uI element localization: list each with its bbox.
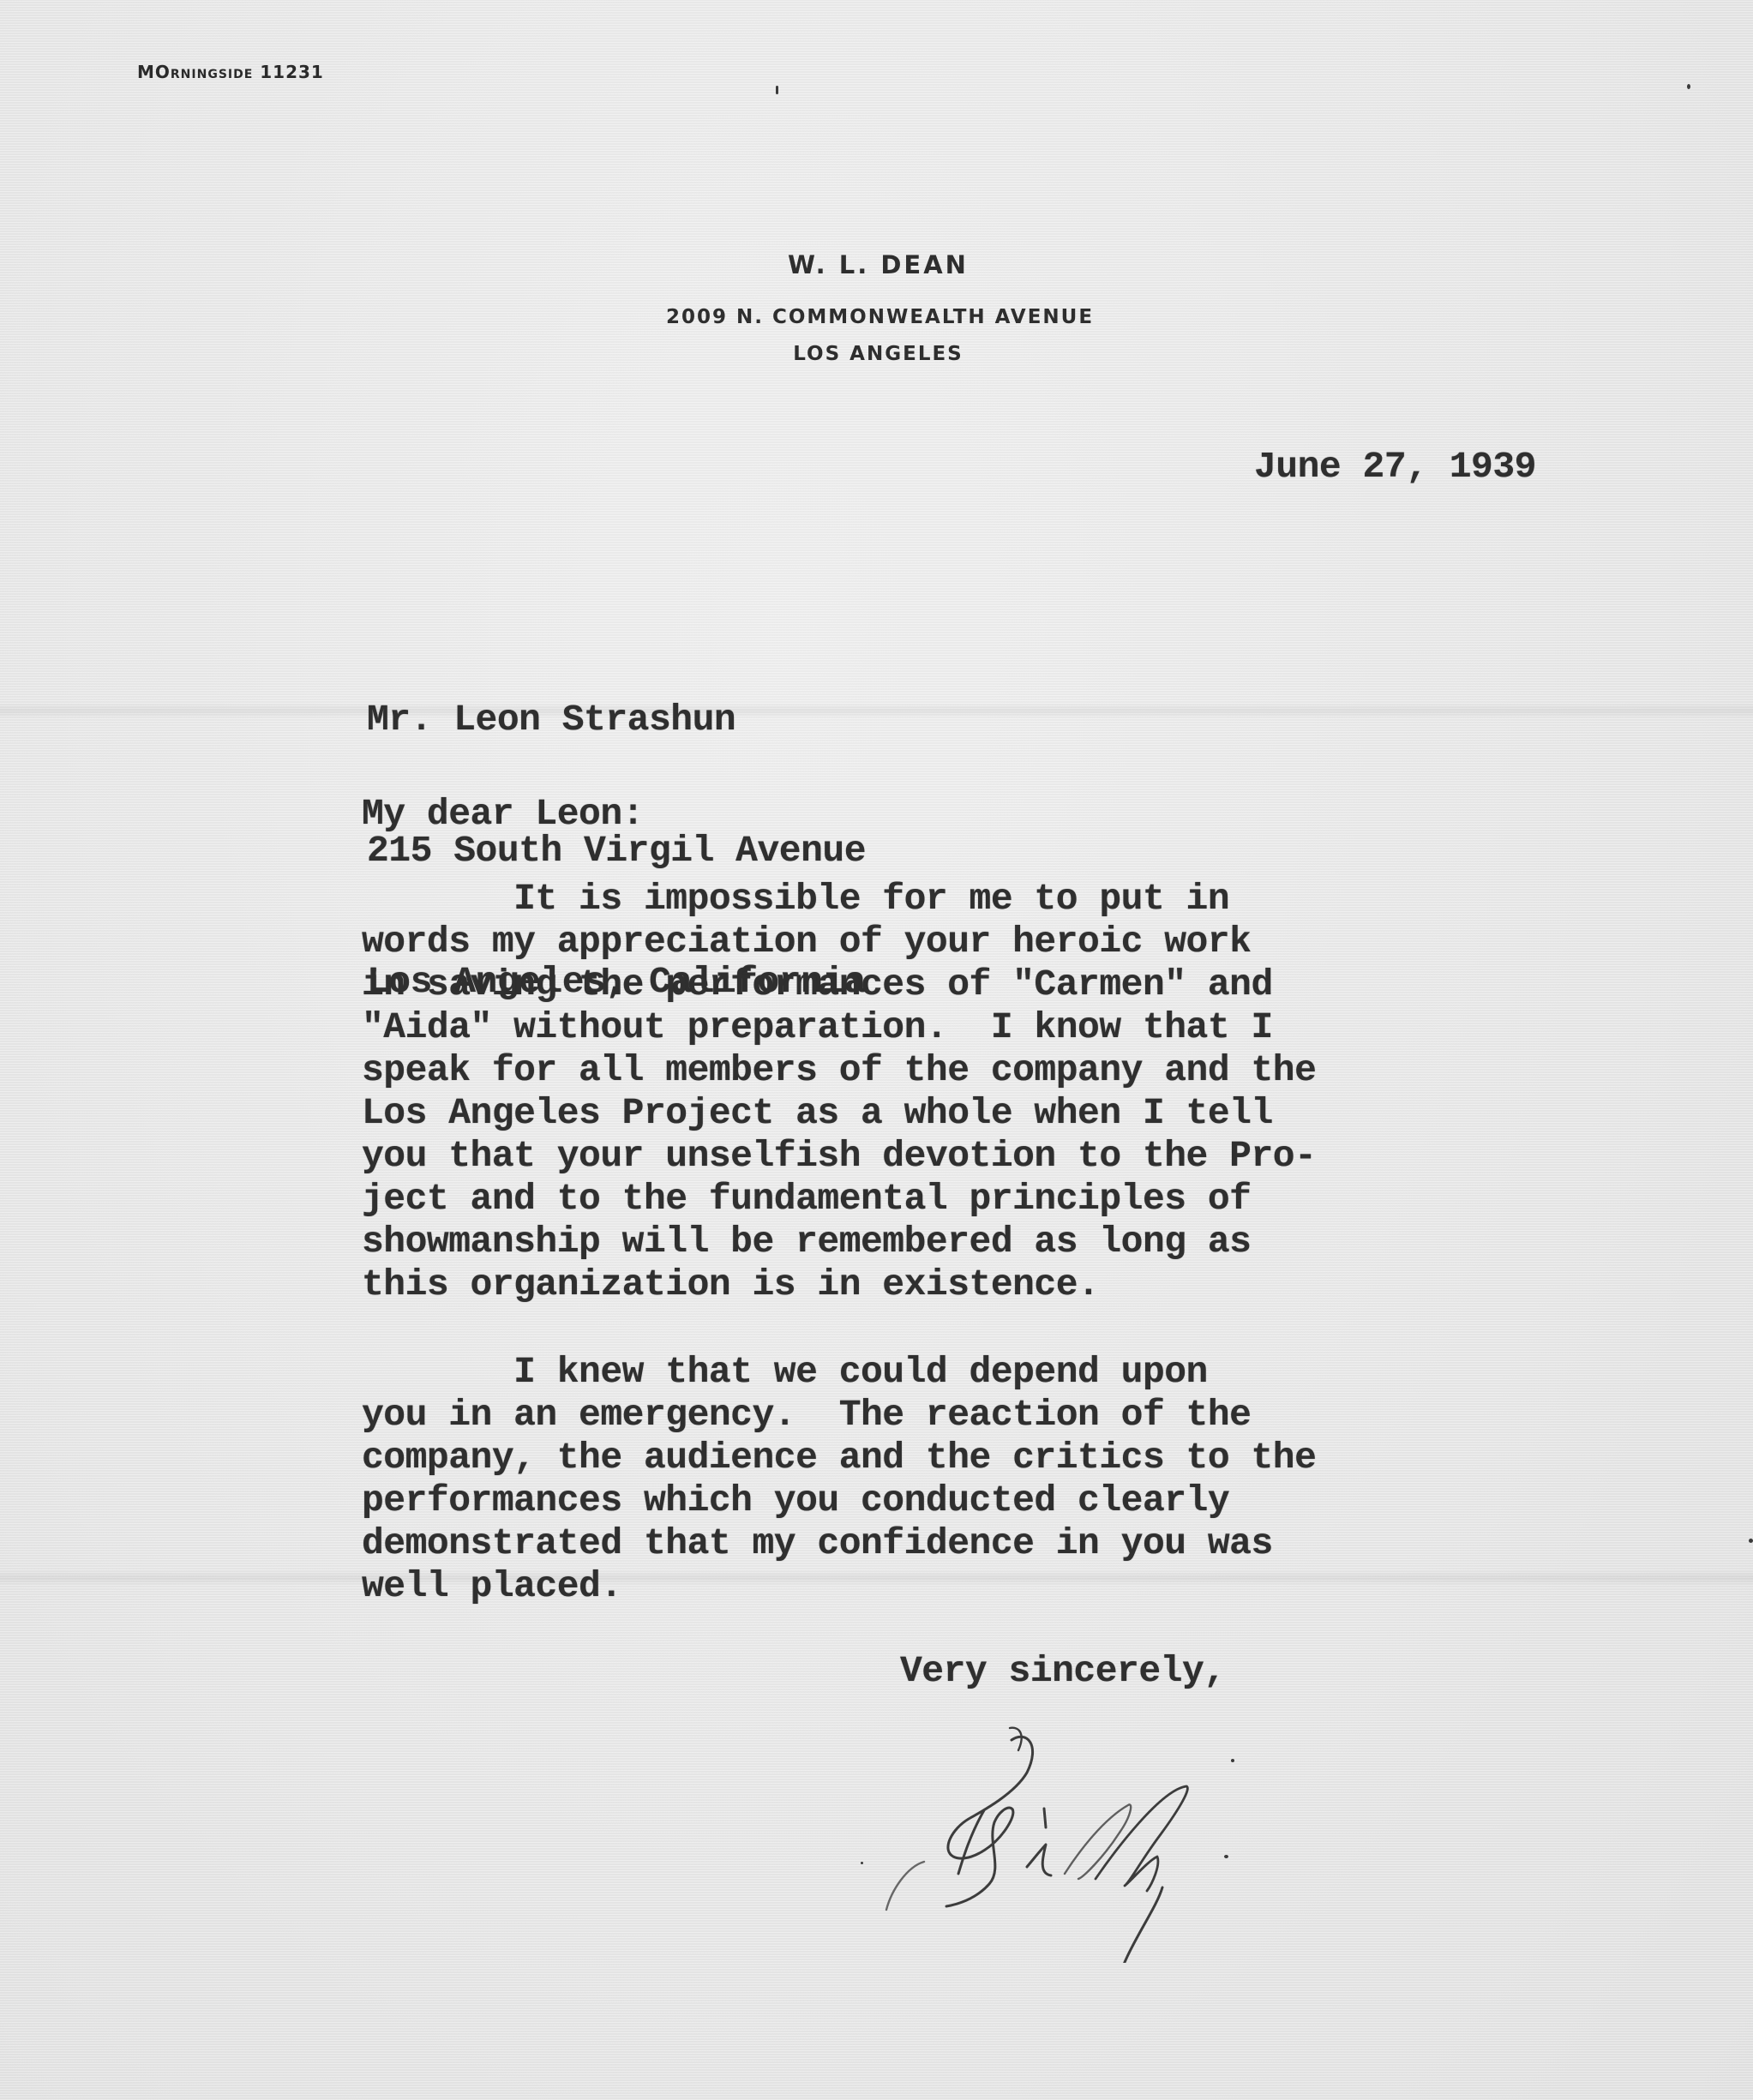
body-paragraph: I knew that we could depend uponyou in a… bbox=[362, 1351, 1316, 1608]
letter-page: MOrningside 11231 W. L. DEAN 2009 N. COM… bbox=[0, 0, 1753, 2100]
paper-speck bbox=[1687, 84, 1690, 89]
recipient-name: Mr. Leon Strashun bbox=[367, 698, 866, 741]
body-line: company, the audience and the critics to… bbox=[362, 1437, 1316, 1479]
body-line: I knew that we could depend upon bbox=[362, 1351, 1316, 1394]
body-line: in saving the performances of "Carmen" a… bbox=[362, 963, 1316, 1006]
body-line: you in an emergency. The reaction of the bbox=[362, 1394, 1316, 1437]
letter-date: June 27, 1939 bbox=[1254, 446, 1536, 488]
body-line: showmanship will be remembered as long a… bbox=[362, 1221, 1316, 1263]
body-line: performances which you conducted clearly bbox=[362, 1479, 1316, 1522]
closing: Very sincerely, bbox=[900, 1650, 1226, 1692]
paper-speck bbox=[861, 1862, 863, 1864]
body-line: this organization is in existence. bbox=[362, 1263, 1316, 1306]
letterhead-street: 2009 N. COMMONWEALTH AVENUE bbox=[3, 306, 1753, 328]
body-line: "Aida" without preparation. I know that … bbox=[362, 1006, 1316, 1049]
letterhead-city: LOS ANGELES bbox=[2, 343, 1753, 365]
handwritten-signature: Billy bbox=[874, 1706, 1234, 1963]
body-line: well placed. bbox=[362, 1565, 1316, 1608]
paper-speck bbox=[776, 86, 778, 94]
salutation: My dear Leon: bbox=[362, 793, 644, 835]
paper-fold-crease bbox=[0, 703, 1753, 718]
paper-speck bbox=[1224, 1855, 1228, 1858]
letterhead-name: W. L. DEAN bbox=[2, 250, 1753, 279]
letterhead-phone: MOrningside 11231 bbox=[137, 62, 324, 82]
body-line: Los Angeles Project as a whole when I te… bbox=[362, 1092, 1316, 1135]
recipient-street: 215 South Virgil Avenue bbox=[367, 829, 866, 873]
body-line: you that your unselfish devotion to the … bbox=[362, 1135, 1316, 1178]
body-line: ject and to the fundamental principles o… bbox=[362, 1178, 1316, 1221]
body-line: demonstrated that my confidence in you w… bbox=[362, 1522, 1316, 1565]
paper-speck bbox=[1231, 1759, 1234, 1762]
paper-speck bbox=[1749, 1539, 1753, 1543]
body-line: It is impossible for me to put in bbox=[362, 878, 1316, 921]
body-line: speak for all members of the company and… bbox=[362, 1049, 1316, 1092]
body-line: words my appreciation of your heroic wor… bbox=[362, 921, 1316, 963]
body-paragraph: It is impossible for me to put inwords m… bbox=[362, 878, 1316, 1306]
